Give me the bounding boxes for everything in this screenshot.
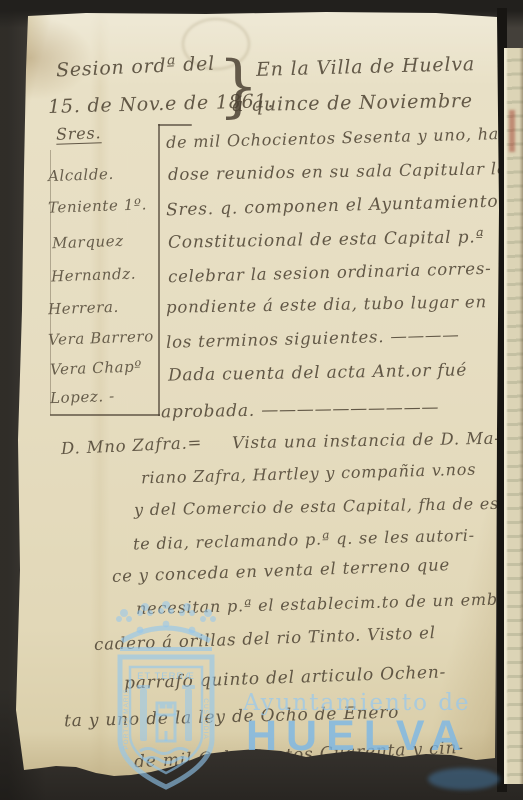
body-line: de mil Ochocientos Sesenta y uno, hallan… [166,123,523,152]
body-line: parrafo quinto del articulo Ochen- [124,662,447,693]
attendees-heading: Sres. [56,123,102,144]
attendee-name: Hernandz. [51,265,137,286]
body-line: Vista una instancia de D. Ma- [232,429,501,453]
attendee-name: Vera Barrero [48,327,154,349]
body-line: celebrar la sesion ordinaria corres- [168,259,492,286]
margin-rule-right [158,124,160,416]
attendee-name: Marquez [52,232,124,252]
watermark-smudge [428,768,500,790]
margin-rule-bottom [50,414,160,416]
body-line: Dada cuenta del acta Ant.or fué [168,360,467,385]
body-line: pondiente á este dia, tubo lugar en [166,292,487,317]
body-line: de mil Ochocientos Cuarenta y cin- [134,738,465,772]
body-line: ta y uno de la ley de Ocho de Enero [64,703,400,732]
session-heading-line1: Sesion ordª del [56,53,216,82]
margin-rule-left [50,150,51,415]
margin-rule-hook [158,124,192,126]
body-line: dose reunidos en su sala Capitular los [168,159,517,184]
body-line: necesitan p.ª el establecim.to de un emb… [136,589,523,618]
body-line: Sres. q. componen el Ayuntamiento [166,192,499,221]
manuscript-page: Sesion ordª del 15. de Nov.e de 1861. } … [6,10,500,778]
body-line: aprobada. —————————— [161,398,440,423]
body-line: te dia, reclamando p.ª q. se les autori- [133,526,475,554]
attendee-name: Lopez. - [50,387,115,407]
margin-note-zafra: D. Mno Zafra.= [61,433,203,458]
body-line: cadero á orillas del rio Tinto. Visto el [94,623,436,654]
body-line: riano Zafra, Hartley y compañia v.nos [141,460,477,488]
body-line: En la Villa de Huelva [256,53,476,81]
attendee-name: Vera Chapº [50,357,143,378]
attendee-name: Teniente 1º. [48,195,148,216]
attendee-list: Alcalde. Teniente 1º. Marquez Hernandz. … [48,166,160,416]
attendee-name: Alcalde. [48,165,114,185]
adjacent-page-edge [504,48,523,784]
body-line: á quince de Noviembre [232,90,473,116]
body-line: los terminos siguientes. ———— [166,325,460,352]
body-line: y del Comercio de esta Capital, fha de e… [134,494,506,519]
scanned-book-photo: Sesion ordª del 15. de Nov.e de 1861. } … [0,0,523,800]
body-line: Constitucional de esta Capital p.ª [168,227,485,253]
body-line: ce y conceda en venta el terreno que [112,555,451,586]
attendee-name: Herrera. [48,298,119,318]
